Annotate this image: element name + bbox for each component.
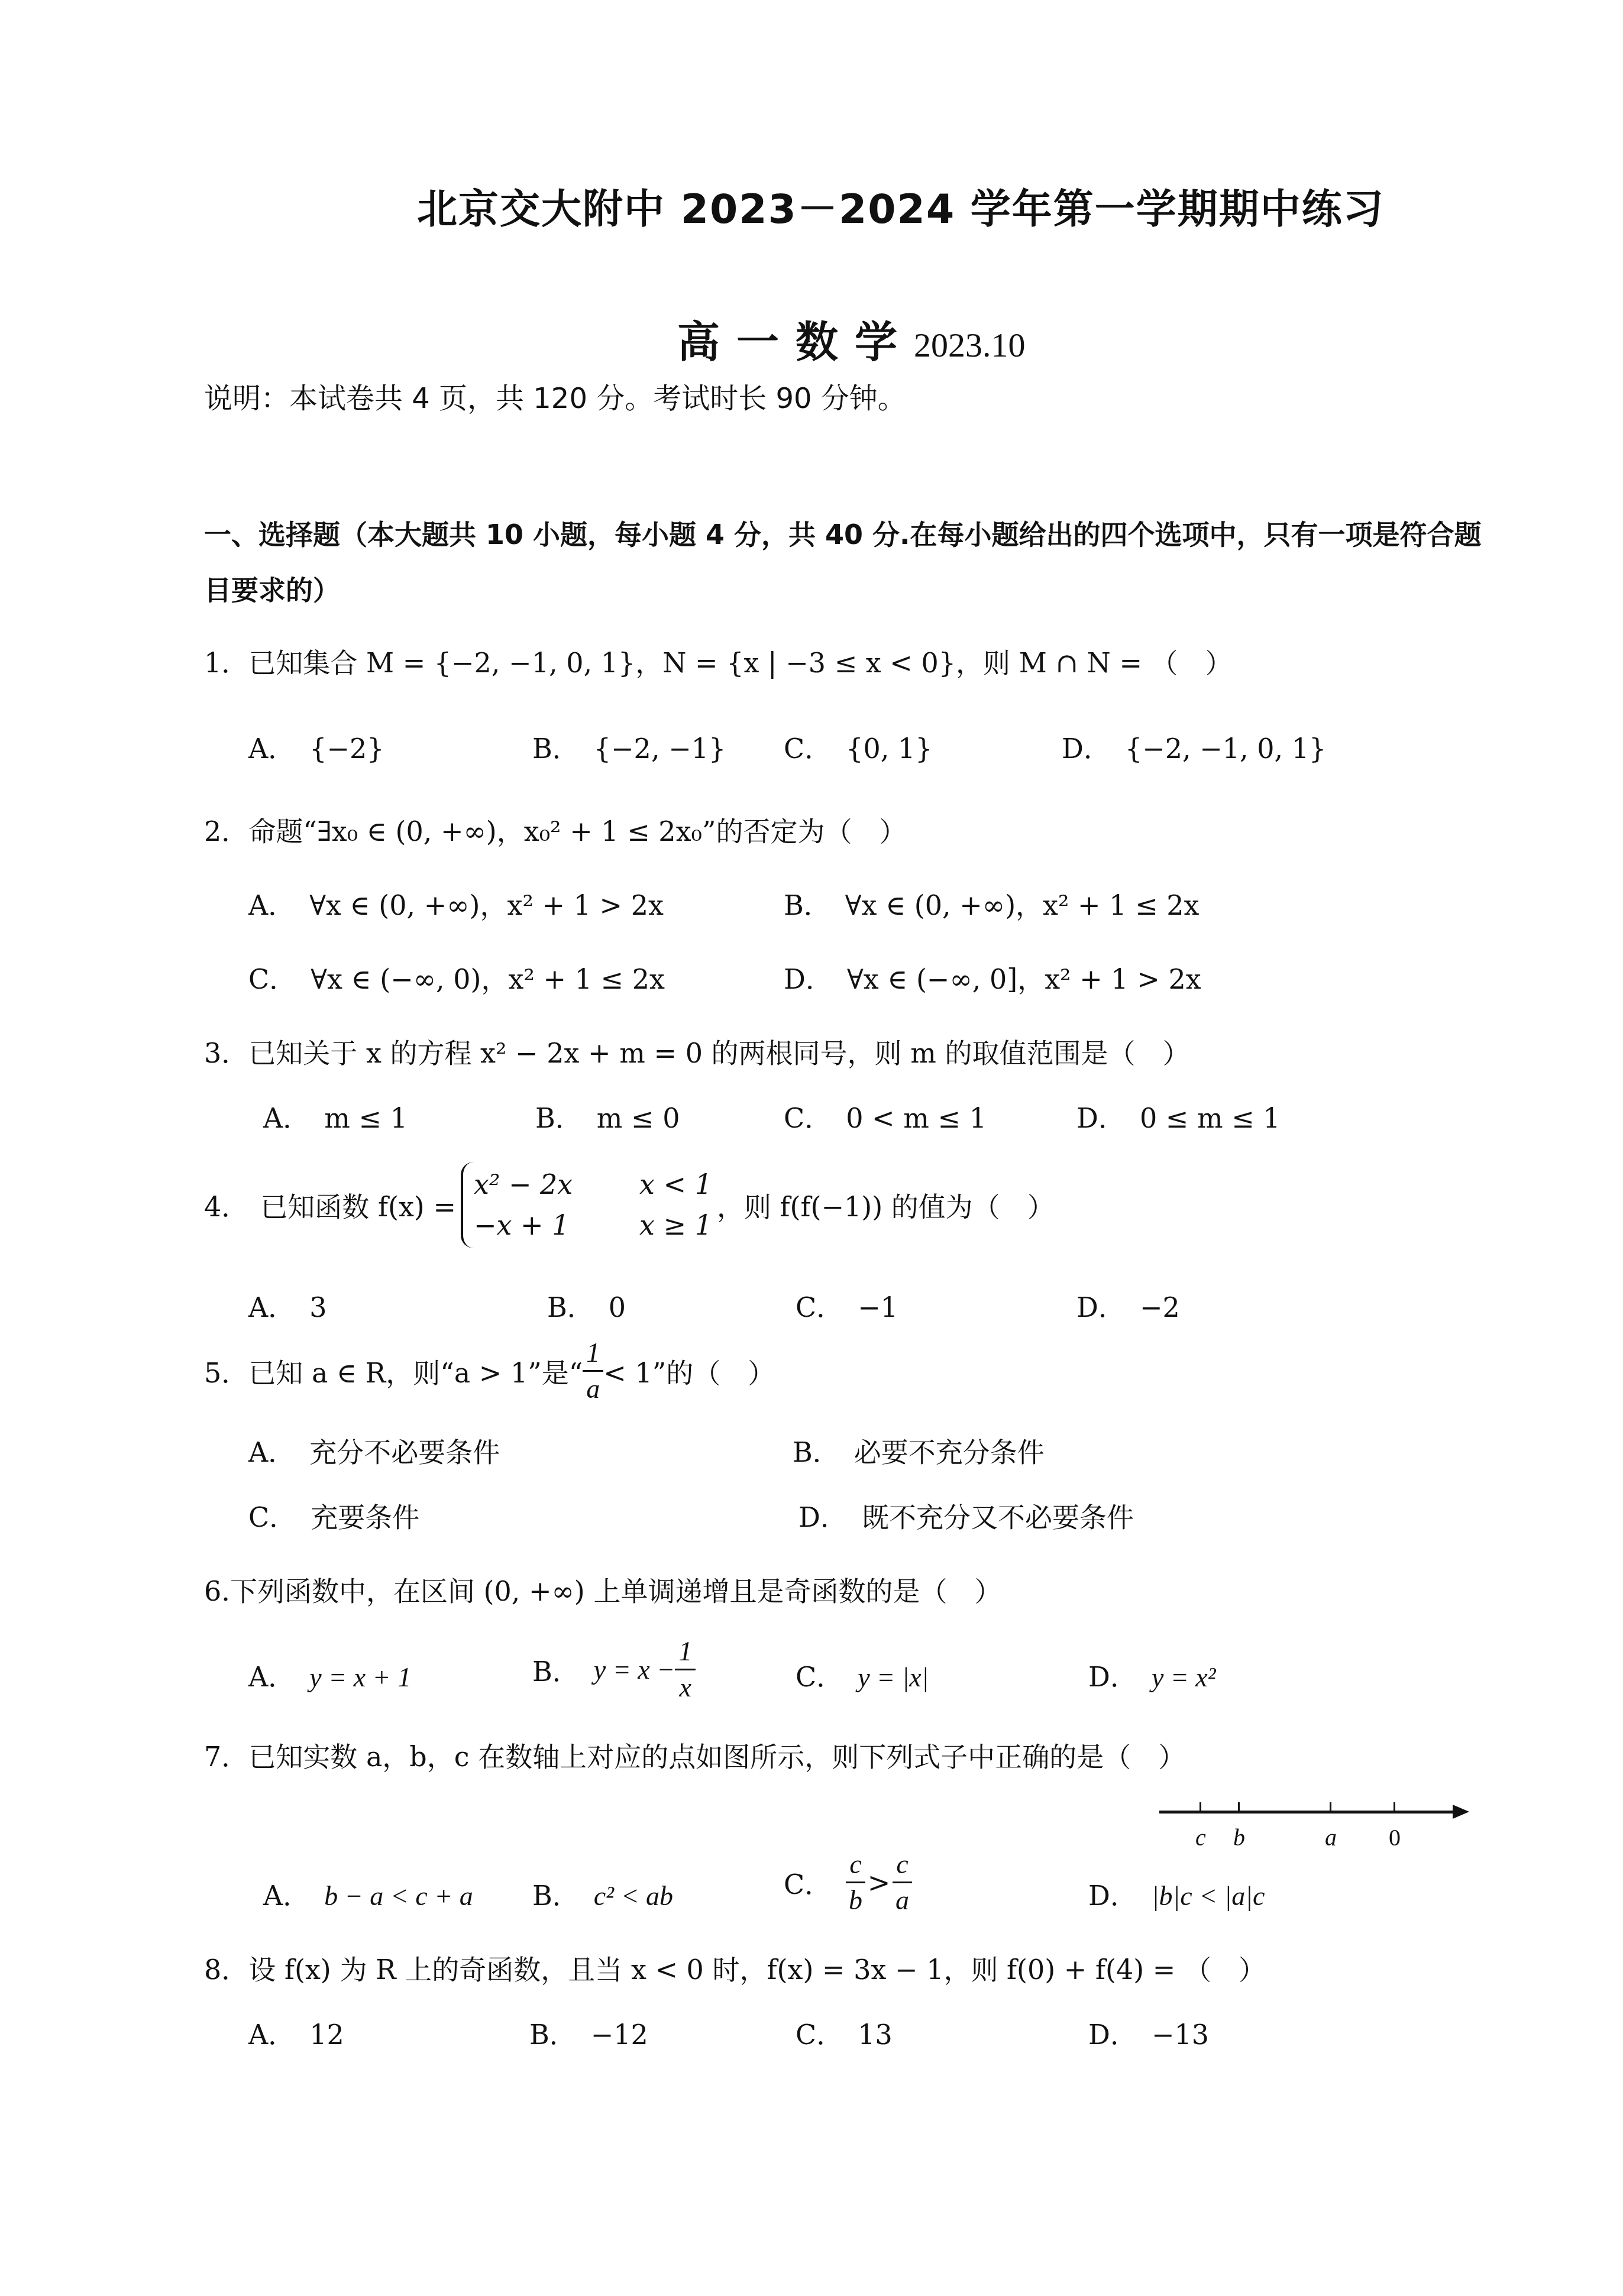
option-label: A． [248, 2019, 295, 2051]
option-text: m ≤ 0 [597, 1102, 680, 1134]
option-text: −1 [858, 1291, 898, 1323]
option-label: D． [1076, 1102, 1126, 1134]
q6-option-b[interactable]: B．y = x −1x [532, 1638, 696, 1701]
question-stem: 已知实数 a，b，c 在数轴上对应的点如图所示，则下列式子中正确的是（ ） [248, 1741, 1185, 1773]
option-text: −12 [591, 2019, 648, 2051]
number-line-axis [1159, 1811, 1455, 1814]
option-text: |b|c < |a|c [1152, 1881, 1265, 1911]
option-text: {−2} [309, 733, 384, 765]
q7-option-b[interactable]: B．c² < ab [532, 1874, 673, 1913]
piece-1-condition: x < 1 [639, 1164, 712, 1205]
exam-title: 北京交大附中 2023－2024 学年第一学期期中练习 [417, 177, 1385, 235]
option-text: 13 [858, 2019, 893, 2051]
question-number: 4． [204, 1186, 248, 1225]
piece-2-condition: x ≥ 1 [639, 1205, 712, 1246]
piecewise-function: x² − 2xx < 1 −x + 1x ≥ 1 [461, 1162, 712, 1248]
q4-option-b[interactable]: B．0 [547, 1286, 626, 1325]
option-text: 既不充分又不必要条件 [862, 1501, 1134, 1533]
fraction-denominator: b [846, 1883, 865, 1914]
question-number: 2． [204, 815, 248, 847]
exam-date: 2023.10 [914, 326, 1026, 364]
tick-c [1200, 1802, 1201, 1813]
q2-option-d[interactable]: D．∀x ∈ (−∞, 0]，x² + 1 > 2x [784, 958, 1201, 997]
question-6: 6.下列函数中，在区间 (0, +∞) 上单调递增且是奇函数的是（ ） [204, 1570, 1001, 1609]
option-label: D． [1062, 733, 1111, 765]
question-4: 4． 已知函数 f(x) = x² − 2xx < 1 −x + 1x ≥ 1 … [204, 1162, 1055, 1248]
q3-option-d[interactable]: D．0 ≤ m ≤ 1 [1076, 1097, 1281, 1136]
q7-option-a[interactable]: A．b − a < c + a [263, 1874, 473, 1913]
q7-option-c[interactable]: C．cb>ca [784, 1851, 912, 1914]
q5-option-d[interactable]: D．既不充分又不必要条件 [798, 1496, 1134, 1535]
q2-option-c[interactable]: C．∀x ∈ (−∞, 0)，x² + 1 ≤ 2x [248, 958, 665, 997]
option-label: A． [263, 1880, 310, 1912]
question-8: 8．设 f(x) 为 R 上的奇函数，且当 x < 0 时，f(x) = 3x … [204, 1948, 1266, 1987]
option-label: B． [532, 1650, 580, 1689]
comparison-operator: > [868, 1867, 891, 1899]
piece-2-expression: −x + 1 [474, 1205, 586, 1246]
question-number: 5． [204, 1352, 248, 1391]
point-label-zero: 0 [1389, 1824, 1401, 1851]
option-text: ∀x ∈ (−∞, 0)，x² + 1 ≤ 2x [311, 963, 665, 995]
q8-option-a[interactable]: A．12 [248, 2013, 344, 2052]
option-text: {−2, −1} [594, 733, 726, 765]
option-label: D． [798, 1501, 848, 1533]
piece-1-expression: x² − 2x [474, 1164, 586, 1205]
option-label: B． [547, 1291, 594, 1323]
option-text: 0 [609, 1291, 626, 1323]
q2-option-b[interactable]: B．∀x ∈ (0, +∞)，x² + 1 ≤ 2x [784, 884, 1200, 923]
fraction-numerator: c [846, 1851, 865, 1883]
question-number: 1． [204, 647, 248, 679]
question-stem-suffix: ，则 f(f(−1)) 的值为（ ） [717, 1186, 1055, 1225]
q8-option-d[interactable]: D．−13 [1088, 2013, 1209, 2052]
question-stem: 设 f(x) 为 R 上的奇函数，且当 x < 0 时，f(x) = 3x − … [248, 1954, 1266, 1986]
option-label: C． [248, 1501, 296, 1533]
question-number: 6. [204, 1575, 230, 1607]
question-2: 2．命题“∃x₀ ∈ (0, +∞)，x₀² + 1 ≤ 2x₀”的否定为（ ） [204, 810, 907, 849]
option-text: 充分不必要条件 [309, 1436, 500, 1468]
question-stem-prefix: 已知函数 f(x) = [260, 1186, 456, 1225]
option-label: C． [796, 2019, 843, 2051]
option-text: y = |x| [858, 1662, 929, 1692]
fraction-denominator: a [583, 1372, 603, 1403]
q6-option-c[interactable]: C．y = |x| [796, 1656, 929, 1695]
section-heading-line1: 一、选择题（本大题共 10 小题，每小题 4 分，共 40 分.在每小题给出的四… [204, 513, 1482, 552]
option-text: y = x² [1152, 1662, 1216, 1692]
q2-option-a[interactable]: A．∀x ∈ (0, +∞)，x² + 1 > 2x [248, 884, 664, 923]
option-label: B． [793, 1436, 840, 1468]
fraction-c-over-b: cb [846, 1851, 865, 1914]
option-label: C． [248, 963, 296, 995]
question-5: 5． 已知 a ∈ R，则“a > 1”是“ 1a < 1”的（ ） [204, 1339, 775, 1403]
fraction-numerator: 1 [583, 1339, 603, 1372]
q1-option-b[interactable]: B．{−2, −1} [532, 727, 726, 766]
option-label: B． [532, 733, 580, 765]
question-stem-suffix: < 1”的（ ） [603, 1352, 775, 1391]
question-stem: 命题“∃x₀ ∈ (0, +∞)，x₀² + 1 ≤ 2x₀”的否定为（ ） [248, 815, 906, 847]
q5-option-c[interactable]: C．充要条件 [248, 1496, 419, 1535]
option-label: A． [248, 1291, 295, 1323]
option-text: 必要不充分条件 [854, 1436, 1045, 1468]
question-stem: 下列函数中，在区间 (0, +∞) 上单调递增且是奇函数的是（ ） [230, 1575, 1002, 1607]
q6-option-d[interactable]: D．y = x² [1088, 1656, 1216, 1695]
option-text: −2 [1140, 1291, 1180, 1323]
q8-option-b[interactable]: B．−12 [529, 2013, 648, 2052]
question-stem: 已知关于 x 的方程 x² − 2x + m = 0 的两根同号，则 m 的取值… [248, 1037, 1189, 1069]
option-text: y = x − [594, 1654, 675, 1685]
option-text: 3 [309, 1291, 326, 1323]
section-heading-line2: 目要求的） [204, 569, 340, 608]
q1-option-a[interactable]: A．{−2} [248, 727, 384, 766]
fraction-denominator: x [675, 1670, 696, 1701]
option-text: b − a < c + a [324, 1881, 473, 1911]
question-number: 7． [204, 1741, 248, 1773]
option-text: 12 [309, 2019, 344, 2051]
option-label: B． [532, 1880, 580, 1912]
option-label: B． [784, 889, 831, 921]
tick-zero [1394, 1802, 1395, 1813]
option-text: ∀x ∈ (0, +∞)，x² + 1 ≤ 2x [845, 889, 1200, 921]
option-label: C． [796, 1661, 843, 1693]
point-label-b: b [1233, 1824, 1245, 1851]
point-label-a: a [1325, 1824, 1337, 1851]
option-text: y = x + 1 [309, 1662, 411, 1692]
question-stem-prefix: 已知 a ∈ R，则“a > 1”是“ [248, 1352, 583, 1391]
fraction-one-over-a: 1a [583, 1339, 603, 1403]
q1-option-d[interactable]: D．{−2, −1, 0, 1} [1062, 727, 1326, 766]
question-3: 3．已知关于 x 的方程 x² − 2x + m = 0 的两根同号，则 m 的… [204, 1032, 1189, 1071]
option-text: {−2, −1, 0, 1} [1125, 733, 1326, 765]
point-label-c: c [1195, 1824, 1206, 1851]
option-label: A． [263, 1102, 310, 1134]
question-7: 7．已知实数 a，b，c 在数轴上对应的点如图所示，则下列式子中正确的是（ ） [204, 1735, 1185, 1774]
question-1: 1．已知集合 M = {−2, −1, 0, 1}，N = {x | −3 ≤ … [204, 642, 1233, 681]
q3-option-a[interactable]: A．m ≤ 1 [263, 1097, 408, 1136]
q4-option-d[interactable]: D．−2 [1076, 1286, 1180, 1325]
option-text: 0 ≤ m ≤ 1 [1140, 1102, 1281, 1134]
q4-option-a[interactable]: A．3 [248, 1286, 327, 1325]
tick-b [1238, 1802, 1240, 1813]
q3-option-b[interactable]: B．m ≤ 0 [535, 1097, 680, 1136]
option-label: C． [784, 1102, 832, 1134]
question-number: 8． [204, 1954, 248, 1986]
exam-instructions: 说明：本试卷共 4 页，共 120 分。考试时长 90 分钟。 [204, 375, 906, 416]
subject-title: 高一数学 [677, 317, 914, 367]
option-text: c² < ab [594, 1881, 673, 1911]
number-line-diagram: c b a 0 [1159, 1809, 1473, 1863]
option-text: ∀x ∈ (−∞, 0]，x² + 1 > 2x [847, 963, 1201, 995]
option-label: D． [1088, 2019, 1137, 2051]
q4-option-c[interactable]: C．−1 [796, 1286, 898, 1325]
option-label: A． [248, 733, 295, 765]
option-text: 充要条件 [311, 1501, 419, 1533]
q1-option-c[interactable]: C．{0, 1} [784, 727, 933, 766]
arrow-right-icon [1453, 1805, 1469, 1819]
fraction-denominator: a [893, 1883, 911, 1914]
exam-subject-line: 高一数学2023.10 [677, 307, 1026, 369]
option-label: D． [1076, 1291, 1126, 1323]
q5-option-b[interactable]: B．必要不充分条件 [793, 1431, 1045, 1470]
option-label: B． [529, 2019, 577, 2051]
tick-a [1330, 1802, 1331, 1813]
fraction-numerator: c [893, 1851, 911, 1883]
q5-option-a[interactable]: A．充分不必要条件 [248, 1431, 500, 1470]
question-number: 3． [204, 1037, 248, 1069]
fraction-c-over-a: ca [893, 1851, 911, 1914]
q6-option-a[interactable]: A．y = x + 1 [248, 1656, 411, 1695]
option-label: B． [535, 1102, 583, 1134]
option-label: D． [784, 963, 833, 995]
option-label: A． [248, 1661, 295, 1693]
option-label: C． [784, 733, 832, 765]
option-text: −13 [1152, 2019, 1209, 2051]
q3-option-c[interactable]: C．0 < m ≤ 1 [784, 1097, 987, 1136]
fraction-numerator: 1 [675, 1638, 696, 1670]
fraction-one-over-x: 1x [675, 1638, 696, 1701]
q8-option-c[interactable]: C．13 [796, 2013, 893, 2052]
option-text: ∀x ∈ (0, +∞)，x² + 1 > 2x [309, 889, 664, 921]
option-label: A． [248, 889, 295, 921]
option-text: 0 < m ≤ 1 [846, 1102, 987, 1134]
option-label: D． [1088, 1880, 1137, 1912]
option-label: C． [796, 1291, 843, 1323]
option-text: m ≤ 1 [324, 1102, 408, 1134]
question-stem: 已知集合 M = {−2, −1, 0, 1}，N = {x | −3 ≤ x … [248, 647, 1232, 679]
option-label: D． [1088, 1661, 1137, 1693]
option-text: {0, 1} [846, 733, 932, 765]
q7-option-d[interactable]: D．|b|c < |a|c [1088, 1874, 1265, 1913]
option-label: A． [248, 1436, 295, 1468]
option-label: C． [784, 1863, 832, 1902]
